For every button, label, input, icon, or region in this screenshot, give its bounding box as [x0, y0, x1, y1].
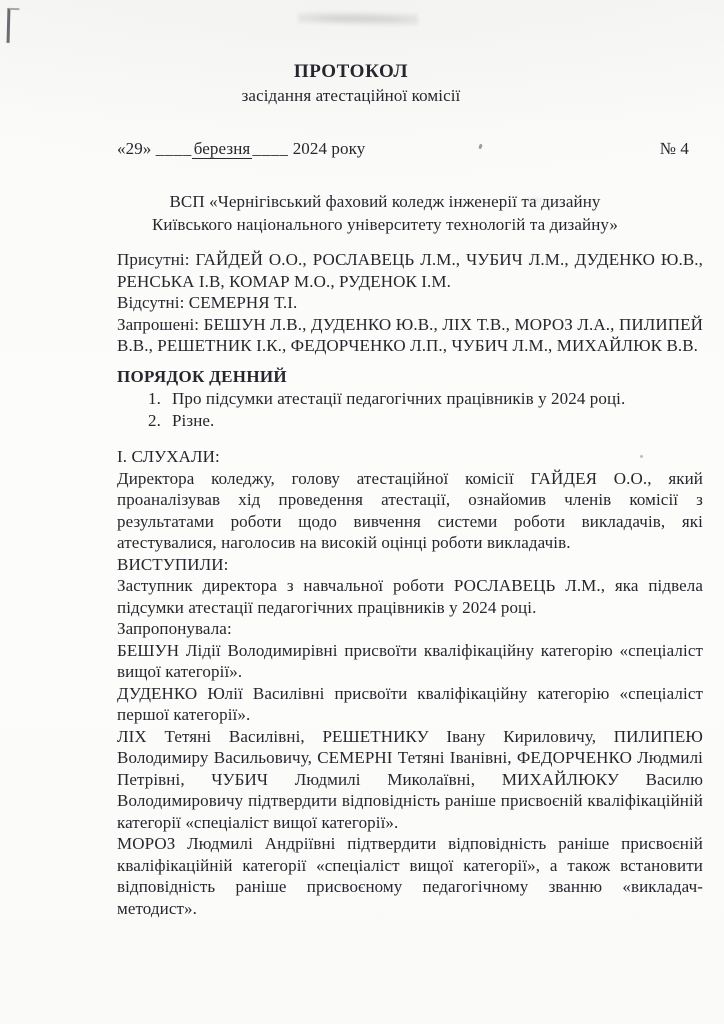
date-underscore-right: ____ — [252, 139, 288, 158]
attendance-present: Присутні: ГАЙДЕЙ О.О., РОСЛАВЕЦЬ Л.М., Ч… — [117, 249, 703, 292]
document-body: ПРОТОКОЛ засідання атестаційної комісії … — [117, 0, 703, 919]
agenda-item-text: Про підсумки атестації педагогічних прац… — [172, 389, 625, 408]
attendance-absent: Відсутні: СЕМЕРНЯ Т.І. — [117, 292, 703, 314]
section-spoke-paragraph: Заступник директора з навчальної роботи … — [117, 575, 703, 618]
section-spoke-paragraph: МОРОЗ Людмилі Андріївні підтвердити відп… — [117, 833, 703, 919]
section-heading-heard: І. СЛУХАЛИ: — [117, 446, 703, 468]
date-year: 2024 року — [293, 139, 366, 158]
scanned-document-page: ПРОТОКОЛ засідання атестаційної комісії … — [0, 0, 724, 1024]
institution-name: ВСП «Чернігівський фаховий коледж інжене… — [147, 190, 623, 236]
date-line: «29» ____березня____ 2024 року — [117, 138, 365, 160]
agenda-item-number: 2. — [148, 410, 172, 432]
document-title: ПРОТОКОЛ — [117, 60, 585, 84]
attendance-invited: Запрошені: БЕШУН Л.В., ДУДЕНКО Ю.В., ЛІХ… — [117, 314, 703, 357]
agenda-item: 1.Про підсумки атестації педагогічних пр… — [148, 388, 703, 410]
agenda-item-number: 1. — [148, 388, 172, 410]
document-subtitle: засідання атестаційної комісії — [117, 85, 585, 107]
protocol-number: № 4 — [660, 138, 703, 160]
date-underscore-left: ____ — [156, 139, 192, 158]
section-heading-spoke: ВИСТУПИЛИ: — [117, 554, 703, 576]
date-month: березня — [192, 139, 253, 159]
date-and-number-row: «29» ____березня____ 2024 року № 4 — [117, 138, 703, 160]
section-spoke-paragraph: ДУДЕНКО Юлії Василівні присвоїти кваліфі… — [117, 683, 703, 726]
section-spoke-paragraph: БЕШУН Лідії Володимирівні присвоїти квал… — [117, 640, 703, 683]
section-spoke-paragraph: Запропонувала: — [117, 618, 703, 640]
section-heard-paragraph: Директора коледжу, голову атестаційної к… — [117, 468, 703, 554]
scan-artifact-corner-mark — [7, 8, 20, 43]
agenda-heading: ПОРЯДОК ДЕННИЙ — [117, 366, 703, 388]
agenda-item-text: Різне. — [172, 411, 214, 430]
institution-line-1: ВСП «Чернігівський фаховий коледж інжене… — [147, 190, 623, 213]
institution-line-2: Київського національного університету те… — [147, 213, 623, 236]
section-spoke-paragraph: ЛІХ Тетяні Василівні, РЕШЕТНИКУ Івану Ки… — [117, 726, 703, 834]
agenda-item: 2.Різне. — [148, 410, 703, 432]
agenda-list: 1.Про підсумки атестації педагогічних пр… — [117, 388, 703, 431]
date-day: «29» — [117, 139, 151, 158]
